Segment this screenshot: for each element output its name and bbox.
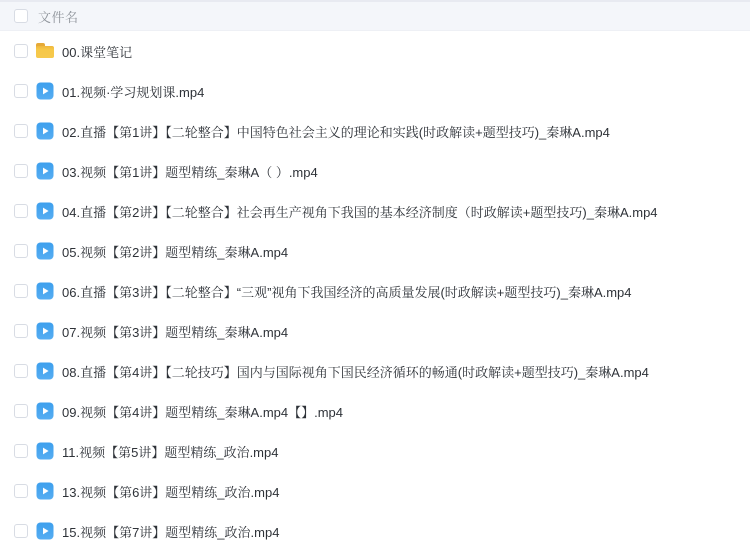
file-row[interactable]: 13.视频【第6讲】题型精练_政治.mp4 bbox=[0, 471, 750, 511]
video-play-icon bbox=[36, 442, 54, 460]
file-row[interactable]: 08.直播【第4讲】【二轮技巧】国内与国际视角下国民经济循环的畅通(时政解读+题… bbox=[0, 351, 750, 391]
file-row[interactable]: 07.视频【第3讲】题型精练_秦琳A.mp4 bbox=[0, 311, 750, 351]
video-play-icon bbox=[36, 242, 54, 260]
video-play-icon bbox=[36, 202, 54, 220]
video-play-icon bbox=[36, 162, 54, 180]
file-name-link[interactable]: 13.视频【第6讲】题型精练_政治.mp4 bbox=[62, 482, 279, 501]
select-all-checkbox[interactable] bbox=[14, 9, 28, 23]
row-checkbox[interactable] bbox=[14, 284, 28, 298]
file-name-link[interactable]: 01.视频·学习规划课.mp4 bbox=[62, 82, 204, 101]
row-checkbox[interactable] bbox=[14, 364, 28, 378]
row-checkbox[interactable] bbox=[14, 124, 28, 138]
row-checkbox[interactable] bbox=[14, 524, 28, 538]
row-checkbox[interactable] bbox=[14, 484, 28, 498]
video-play-icon bbox=[36, 322, 54, 340]
file-row[interactable]: 02.直播【第1讲】【二轮整合】中国特色社会主义的理论和实践(时政解读+题型技巧… bbox=[0, 111, 750, 151]
folder-icon bbox=[36, 42, 54, 60]
row-checkbox[interactable] bbox=[14, 324, 28, 338]
column-header-filename: 文件名 bbox=[38, 7, 79, 26]
file-name-link[interactable]: 07.视频【第3讲】题型精练_秦琳A.mp4 bbox=[62, 322, 288, 341]
row-checkbox[interactable] bbox=[14, 164, 28, 178]
video-play-icon bbox=[36, 122, 54, 140]
row-checkbox[interactable] bbox=[14, 404, 28, 418]
file-row[interactable]: 00.课堂笔记 bbox=[0, 31, 750, 71]
file-name-link[interactable]: 03.视频【第1讲】题型精练_秦琳A（ ）.mp4 bbox=[62, 162, 318, 181]
video-play-icon bbox=[36, 282, 54, 300]
file-name-link[interactable]: 00.课堂笔记 bbox=[62, 42, 132, 61]
file-list-header: 文件名 bbox=[0, 0, 750, 31]
file-row[interactable]: 11.视频【第5讲】题型精练_政治.mp4 bbox=[0, 431, 750, 471]
file-name-link[interactable]: 09.视频【第4讲】题型精练_秦琳A.mp4【】.mp4 bbox=[62, 402, 343, 421]
file-name-link[interactable]: 15.视频【第7讲】题型精练_政治.mp4 bbox=[62, 522, 279, 541]
row-checkbox[interactable] bbox=[14, 244, 28, 258]
file-row[interactable]: 15.视频【第7讲】题型精练_政治.mp4 bbox=[0, 511, 750, 551]
file-list: 00.课堂笔记 01.视频·学习规划课.mp4 bbox=[0, 31, 750, 551]
video-play-icon bbox=[36, 482, 54, 500]
row-checkbox[interactable] bbox=[14, 204, 28, 218]
file-name-link[interactable]: 05.视频【第2讲】题型精练_秦琳A.mp4 bbox=[62, 242, 288, 261]
file-row[interactable]: 03.视频【第1讲】题型精练_秦琳A（ ）.mp4 bbox=[0, 151, 750, 191]
row-checkbox[interactable] bbox=[14, 84, 28, 98]
file-row[interactable]: 09.视频【第4讲】题型精练_秦琳A.mp4【】.mp4 bbox=[0, 391, 750, 431]
video-play-icon bbox=[36, 402, 54, 420]
video-play-icon bbox=[36, 82, 54, 100]
file-name-link[interactable]: 08.直播【第4讲】【二轮技巧】国内与国际视角下国民经济循环的畅通(时政解读+题… bbox=[62, 362, 649, 381]
file-row[interactable]: 06.直播【第3讲】【二轮整合】“三观”视角下我国经济的高质量发展(时政解读+题… bbox=[0, 271, 750, 311]
file-name-link[interactable]: 11.视频【第5讲】题型精练_政治.mp4 bbox=[62, 442, 278, 461]
file-row[interactable]: 05.视频【第2讲】题型精练_秦琳A.mp4 bbox=[0, 231, 750, 271]
file-name-link[interactable]: 06.直播【第3讲】【二轮整合】“三观”视角下我国经济的高质量发展(时政解读+题… bbox=[62, 282, 632, 301]
video-play-icon bbox=[36, 522, 54, 540]
row-checkbox[interactable] bbox=[14, 444, 28, 458]
file-name-link[interactable]: 04.直播【第2讲】【二轮整合】社会再生产视角下我国的基本经济制度（时政解读+题… bbox=[62, 202, 658, 221]
file-row[interactable]: 04.直播【第2讲】【二轮整合】社会再生产视角下我国的基本经济制度（时政解读+题… bbox=[0, 191, 750, 231]
file-name-link[interactable]: 02.直播【第1讲】【二轮整合】中国特色社会主义的理论和实践(时政解读+题型技巧… bbox=[62, 122, 610, 141]
file-list-page: 文件名 00.课堂笔记 01.视频·学习规划课.mp4 bbox=[0, 0, 750, 554]
row-checkbox[interactable] bbox=[14, 44, 28, 58]
file-row[interactable]: 01.视频·学习规划课.mp4 bbox=[0, 71, 750, 111]
video-play-icon bbox=[36, 362, 54, 380]
